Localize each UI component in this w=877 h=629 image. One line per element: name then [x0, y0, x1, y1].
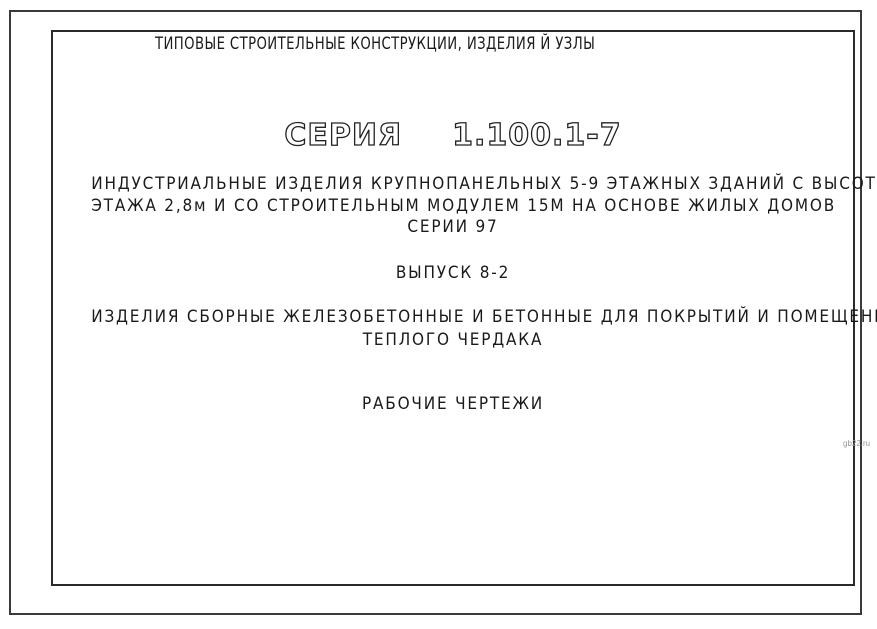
series-title: СЕРИЯ1.100.1-7 — [51, 118, 855, 153]
product-line-2: ТЕПЛОГО ЧЕРДАКА — [91, 330, 815, 350]
watermark: gb22.ru — [843, 439, 870, 448]
description-line-2: ЭТАЖА 2,8м И СО СТРОИТЕЛЬНЫМ МОДУЛЕМ 15М… — [91, 196, 815, 216]
series-number: 1.100.1-7 — [452, 118, 622, 153]
description-line-1: ИНДУСТРИАЛЬНЫЕ ИЗДЕЛИЯ КРУПНОПАНЕЛЬНЫХ 5… — [91, 174, 815, 194]
issue-number: ВЫПУСК 8-2 — [91, 263, 815, 283]
description-line-3: СЕРИИ 97 — [91, 217, 815, 237]
product-line-1: ИЗДЕЛИЯ СБОРНЫЕ ЖЕЛЕЗОБЕТОННЫЕ И БЕТОННЫ… — [91, 307, 815, 327]
series-label: СЕРИЯ — [284, 118, 402, 153]
document-type: РАБОЧИЕ ЧЕРТЕЖИ — [91, 394, 815, 414]
header-title: ТИПОВЫЕ СТРОИТЕЛЬНЫЕ КОНСТРУКЦИИ, ИЗДЕЛИ… — [155, 34, 595, 54]
